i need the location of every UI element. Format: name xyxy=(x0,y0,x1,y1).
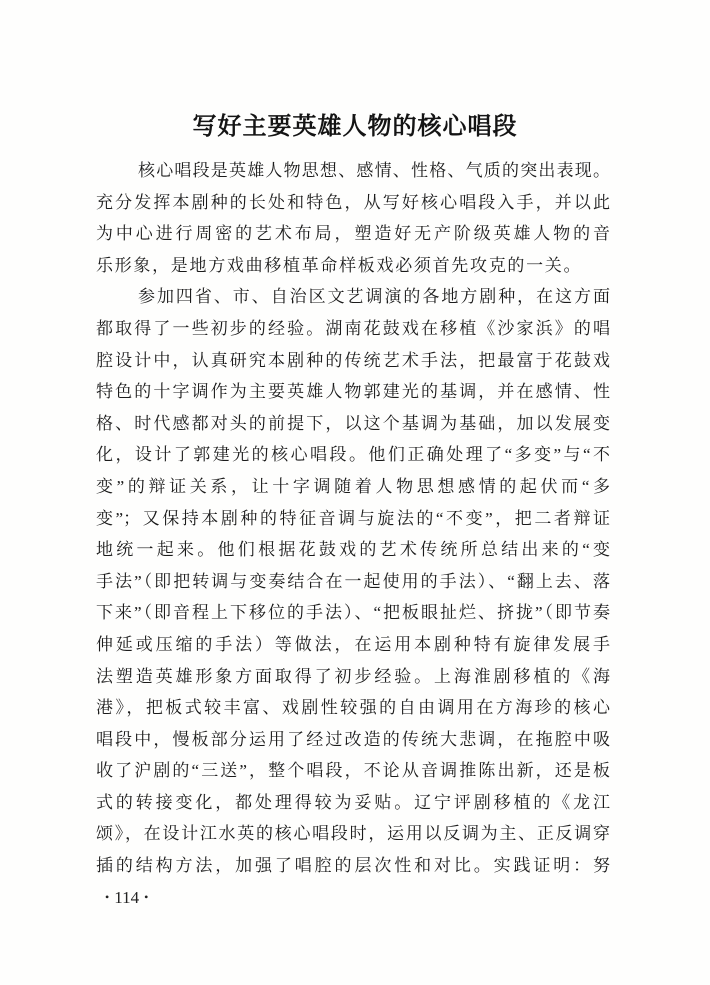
text-line: 变”；又保持本剧种的特征音调与旋法的“不变”，把二者辩证 xyxy=(96,503,610,535)
text-line: 化，设计了郭建光的核心唱段。他们正确处理了“多变”与“不 xyxy=(96,439,610,471)
text-line: 式的转接变化，都处理得较为妥贴。辽宁评剧移植的《龙江 xyxy=(96,787,610,819)
text-line: 充分发挥本剧种的长处和特色，从写好核心唱段入手，并以此 xyxy=(96,187,610,219)
text-line: 腔设计中，认真研究本剧种的传统艺术手法，把最富于花鼓戏 xyxy=(96,345,610,377)
text-line: 法塑造英雄形象方面取得了初步经验。上海淮剧移植的《海 xyxy=(96,661,610,693)
text-line: 地统一起来。他们根据花鼓戏的艺术传统所总结出来的“变 xyxy=(96,534,610,566)
text-line: 伸延或压缩的手法）等做法，在运用本剧种特有旋律发展手 xyxy=(96,629,610,661)
page-number: •114• xyxy=(100,888,153,908)
page-number-dot-left: • xyxy=(100,890,114,904)
document-page: 写好主要英雄人物的核心唱段 核心唱段是英雄人物思想、感情、性格、气质的突出表现。… xyxy=(0,0,710,985)
text-line: 变”的辩证关系，让十字调随着人物思想感情的起伏而“多 xyxy=(96,471,610,503)
text-line: 乐形象，是地方戏曲移植革命样板戏必须首先攻克的一关。 xyxy=(96,250,610,282)
text-line: 收了沪剧的“三送”，整个唱段，不论从音调推陈出新，还是板 xyxy=(96,755,610,787)
text-line: 特色的十字调作为主要英雄人物郭建光的基调，并在感情、性 xyxy=(96,376,610,408)
text-line: 手法”（即把转调与变奏结合在一起使用的手法）、“翻上去、落 xyxy=(96,566,610,598)
page-number-value: 114 xyxy=(114,888,139,907)
text-line: 格、时代感都对头的前提下，以这个基调为基础，加以发展变 xyxy=(96,408,610,440)
text-line: 为中心进行周密的艺术布局，塑造好无产阶级英雄人物的音 xyxy=(96,218,610,250)
text-line: 颂》，在设计江水英的核心唱段时，运用以反调为主、正反调穿 xyxy=(96,818,610,850)
page-title: 写好主要英雄人物的核心唱段 xyxy=(0,106,710,141)
page-number-dot-right: • xyxy=(139,890,153,904)
text-line: 港》，把板式较丰富、戏剧性较强的自由调用在方海珍的核心 xyxy=(96,692,610,724)
text-line: 核心唱段是英雄人物思想、感情、性格、气质的突出表现。 xyxy=(96,155,610,187)
text-line: 插的结构方法，加强了唱腔的层次性和对比。实践证明：努 xyxy=(96,850,610,882)
text-line: 下来”（即音程上下移位的手法）、“把板眼扯烂、挤拢”（即节奏 xyxy=(96,597,610,629)
text-line: 参加四省、市、自治区文艺调演的各地方剧种，在这方面 xyxy=(96,281,610,313)
text-line: 都取得了一些初步的经验。湖南花鼓戏在移植《沙家浜》的唱 xyxy=(96,313,610,345)
text-line: 唱段中，慢板部分运用了经过改造的传统大悲调，在拖腔中吸 xyxy=(96,724,610,756)
body-text: 核心唱段是英雄人物思想、感情、性格、气质的突出表现。 充分发挥本剧种的长处和特色… xyxy=(96,155,610,882)
